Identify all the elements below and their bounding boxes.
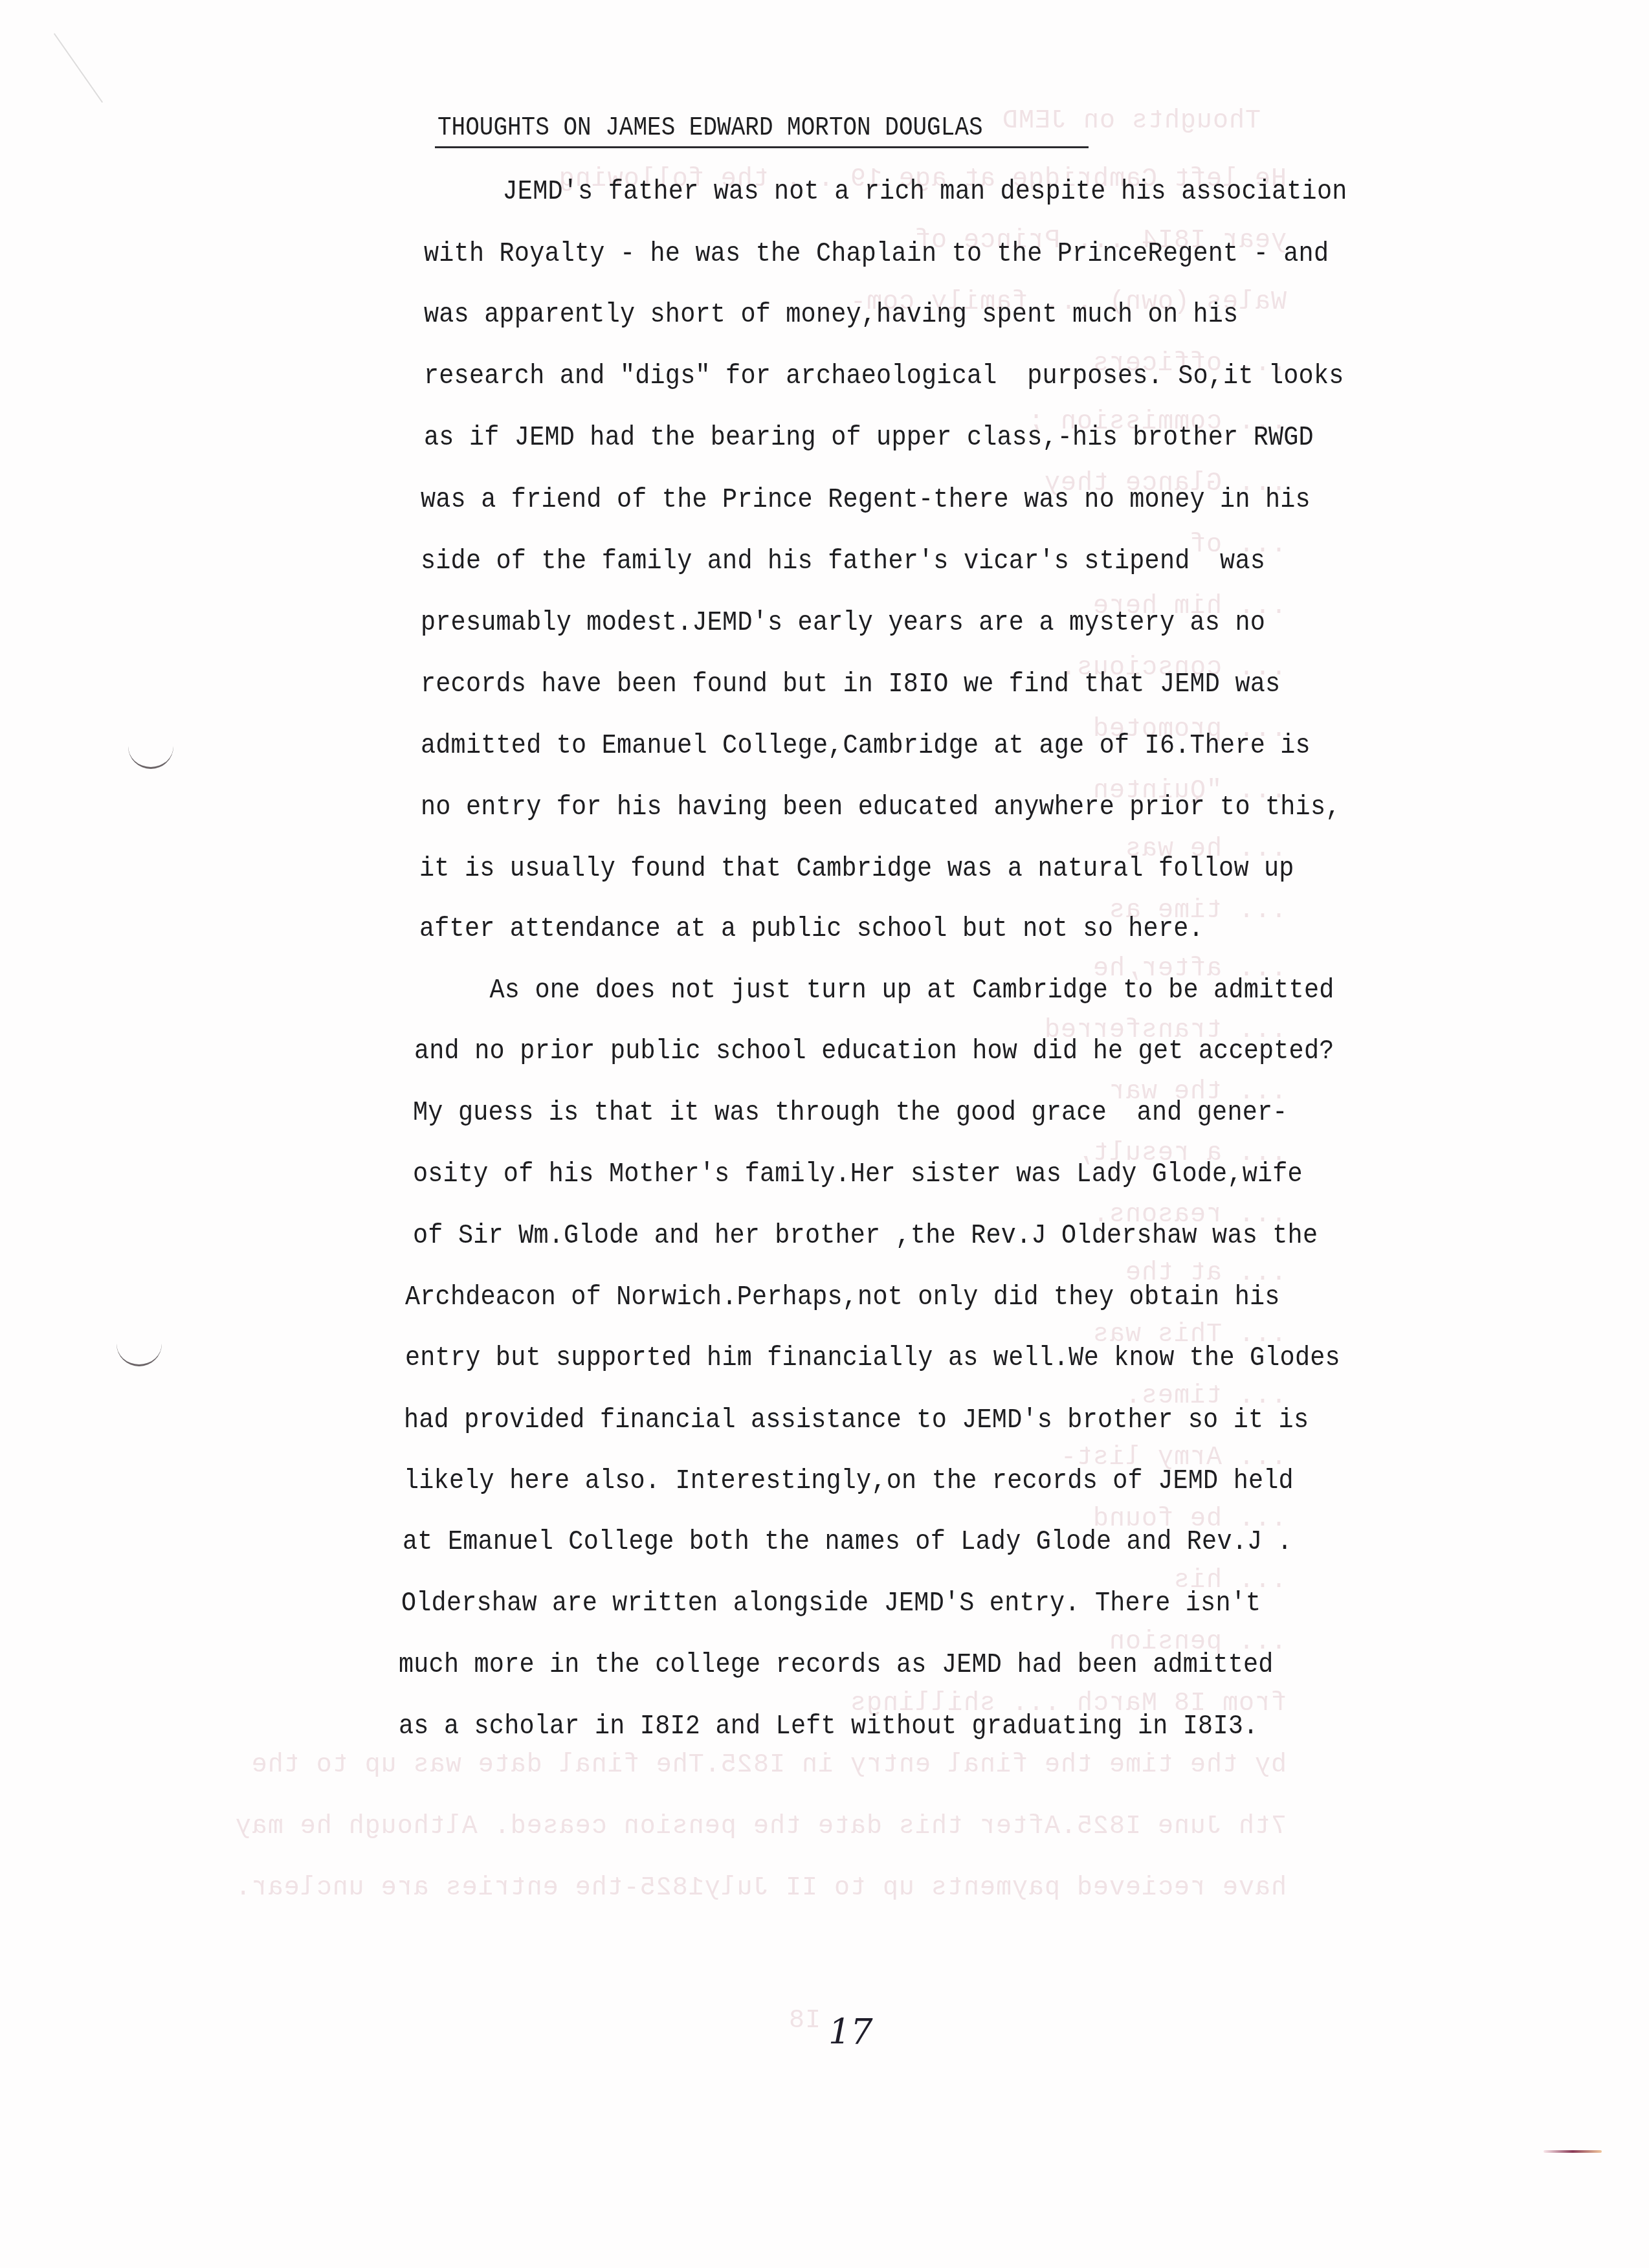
text-line: it is usually found that Cambridge was a… [419, 853, 1294, 884]
punch-hole-mark [128, 741, 173, 769]
bleed-through-text: Thoughts on JEMDHe left Cambridge at age… [0, 0, 1649, 2268]
scan-artifact-mark [54, 33, 103, 103]
text-line: much more in the college records as JEMD… [399, 1649, 1274, 1680]
text-line: as a scholar in I8I2 and Left without gr… [399, 1711, 1258, 1742]
bleed-through-line: by the time the final entry in I825.The … [251, 1751, 1287, 1780]
bleed-through-line: Thoughts on JEMD [1002, 107, 1261, 136]
text-line: likely here also. Interestingly,on the r… [404, 1465, 1294, 1496]
page-number: 17 [828, 2012, 873, 2052]
text-line: as if JEMD had the bearing of upper clas… [424, 422, 1314, 453]
text-line: My guess is that it was through the good… [413, 1097, 1288, 1128]
punch-hole-mark [116, 1339, 162, 1366]
text-line: As one does not just turn up at Cambridg… [414, 975, 1334, 1006]
text-line: Oldershaw are written alongside JEMD'S e… [401, 1588, 1261, 1619]
text-line: no entry for his having been educated an… [421, 792, 1341, 823]
bleed-through-line: I8 [788, 2007, 821, 2036]
text-line: research and "digs" for archaeological p… [424, 361, 1344, 392]
text-line: entry but supported him financially as w… [405, 1342, 1340, 1373]
text-line: JEMD's father was not a rich man despite… [427, 176, 1347, 207]
title-underline [435, 146, 1089, 148]
text-line: records have been found but in I8IO we f… [421, 669, 1280, 700]
text-line: presumably modest.JEMD's early years are… [421, 607, 1265, 638]
document-title: THOUGHTS ON JAMES EDWARD MORTON DOUGLAS [437, 113, 983, 142]
text-line: of Sir Wm.Glode and her brother ,the Rev… [413, 1220, 1318, 1251]
text-line: and no prior public school education how… [414, 1036, 1334, 1067]
text-line: admitted to Emanuel College,Cambridge at… [421, 730, 1311, 761]
text-line: was apparently short of money,having spe… [424, 299, 1238, 330]
ink-smudge-mark [1544, 2150, 1602, 2153]
text-line: side of the family and his father's vica… [421, 546, 1265, 577]
text-line: Archdeacon of Norwich.Perhaps,not only d… [405, 1282, 1280, 1313]
text-line: had provided financial assistance to JEM… [404, 1405, 1309, 1436]
bleed-through-line: 7th June I825.After this date the pensio… [235, 1812, 1287, 1841]
text-line: after attendance at a public school but … [419, 913, 1204, 944]
text-line: was a friend of the Prince Regent-there … [421, 484, 1311, 515]
text-line: at Emanuel College both the names of Lad… [403, 1526, 1292, 1557]
text-line: with Royalty - he was the Chaplain to th… [424, 238, 1329, 269]
text-line: osity of his Mother's family.Her sister … [413, 1159, 1303, 1190]
bleed-through-line: have recieved payments up to II July1825… [235, 1874, 1287, 1903]
